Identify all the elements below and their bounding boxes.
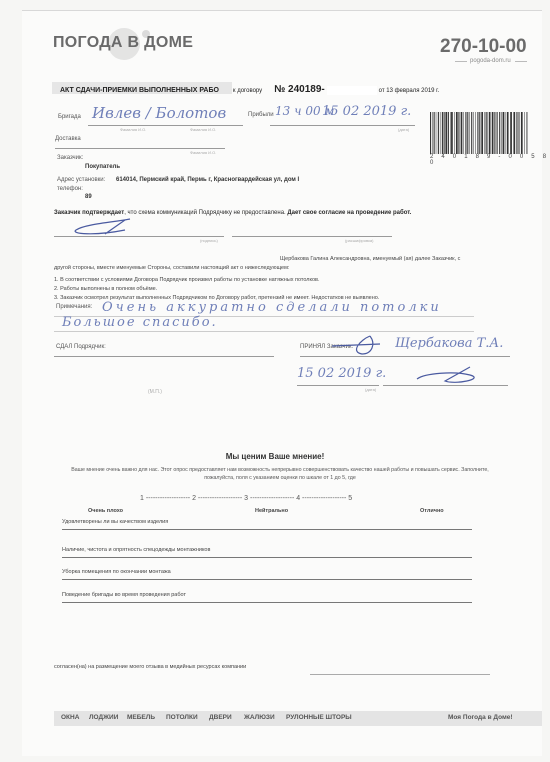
scale-label-neutral: Нейтрально <box>255 508 288 514</box>
sign-line <box>54 236 224 237</box>
notes-line-2-handwritten: Большое спасибо. <box>62 315 218 330</box>
divider <box>515 61 527 62</box>
phone-label: телефон: <box>57 186 77 193</box>
customer-name-handwritten: Щербакова Т.А. <box>395 336 503 351</box>
confirmation-bold-2: Дает свое согласие на проведение работ. <box>287 210 411 216</box>
notes-line-2 <box>54 331 474 332</box>
survey-text: Ваше мнение очень важно для нас. Этот оп… <box>70 466 490 482</box>
survey-question-3: Уборка помещения по окончании монтажа <box>62 569 171 575</box>
divider <box>455 61 467 62</box>
sub-decode: (расшифровка) <box>345 238 373 243</box>
crew-names-handwritten: Ивлев / Болотов <box>92 104 226 122</box>
scale-label-excellent: Отлично <box>420 508 444 514</box>
footer-nav-ceilings[interactable]: ПОТОЛКИ <box>166 714 198 721</box>
customer-value: Покупатель <box>85 164 120 170</box>
survey-question-2: Наличие, чистота и опрятность спецодежды… <box>62 547 210 553</box>
consent-sign-line[interactable] <box>310 674 490 675</box>
survey-question-1: Удовлетворены ли вы качеством изделия <box>62 519 168 525</box>
arrived-label: Прибыли <box>248 112 274 118</box>
customer-signature-icon <box>330 334 385 356</box>
rating-scale: 1 ------------------- 2 ----------------… <box>140 495 352 502</box>
confirmation-normal: , что схема коммуникаций Подрядчику не п… <box>124 210 287 216</box>
barcode-icon <box>430 112 528 154</box>
crew-label: Бригада <box>58 114 81 120</box>
delivery-sub-fio: Фамилия И.О. <box>190 150 216 155</box>
arrived-sub-date: (дата) <box>398 127 409 132</box>
consent-text: согласен(на) на размещение моего отзыва … <box>54 664 246 670</box>
notes-line-1-handwritten: Очень аккуратно сделали потолки <box>102 300 442 315</box>
footer-slogan: Моя Погода в Доме! <box>448 714 513 721</box>
crew-sub-fio-2: Фамилия И.О. <box>190 127 216 132</box>
address-value: 614014, Пермский край, Пермь г, Красногв… <box>116 177 299 183</box>
customer-sign-line-2 <box>383 385 508 386</box>
act-title: АКТ СДАЧИ-ПРИЕМКИ ВЫПОЛНЕННЫХ РАБО <box>60 87 219 94</box>
crew-sub-fio-1: Фамилия И.О. <box>120 127 146 132</box>
parties-line-2: другой стороны, вместе именуемые Стороны… <box>54 265 289 271</box>
redacted-box <box>327 86 377 95</box>
sign-sub-date: (дата) <box>365 387 376 392</box>
footer-nav-roller-blinds[interactable]: РУЛОННЫЕ ШТОРЫ <box>286 714 352 721</box>
company-phone: 270-10-00 <box>440 36 527 58</box>
delivery-label: Доставка <box>55 136 81 142</box>
contractor-label: СДАЛ Подрядчик: <box>56 344 106 350</box>
customer-signature-2-icon <box>415 365 490 387</box>
arrived-date-handwritten: 15 02 2019 г. <box>322 104 411 119</box>
footer-nav-windows[interactable]: ОКНА <box>61 714 79 721</box>
sub-sign: (подпись) <box>200 238 218 243</box>
delivery-line <box>55 148 225 149</box>
sign-date-line <box>297 385 379 386</box>
sign-date-handwritten: 15 02 2019 г. <box>297 366 386 381</box>
survey-question-4: Поведение бригады во время проведения ра… <box>62 592 186 598</box>
customer-label: Заказчик: <box>57 155 77 162</box>
survey-title: Мы ценим Ваше мнение! <box>0 452 550 461</box>
act-title-row: АКТ СДАЧИ-ПРИЕМКИ ВЫПОЛНЕННЫХ РАБО к дог… <box>50 84 439 95</box>
footer-nav-loggias[interactable]: ЛОДЖИИ <box>89 714 118 721</box>
contract-number: № 240189- <box>274 84 325 95</box>
survey-answer-line-3[interactable] <box>62 579 472 580</box>
parties-line-1: Щербакова Галина Александровна, именуемы… <box>280 256 460 262</box>
decode-line <box>232 236 392 237</box>
item-1: 1. В соответствии с условиями Договора П… <box>54 277 320 283</box>
survey-answer-line-1[interactable] <box>62 529 472 530</box>
footer-nav-doors[interactable]: ДВЕРИ <box>209 714 232 721</box>
phone-value: 89 <box>85 194 92 200</box>
contractor-line <box>54 356 274 357</box>
crew-line <box>88 125 243 126</box>
notes-label: Примечания: <box>56 304 92 310</box>
act-date: от 13 февраля 2019 г. <box>379 88 440 94</box>
sub-mp: (М.П.) <box>148 389 162 395</box>
survey-answer-line-4[interactable] <box>62 602 472 603</box>
scale-label-bad: Очень плохо <box>88 508 123 514</box>
company-logo: ПОГОДА В ДОМЕ <box>53 34 193 52</box>
address-label: Адрес установки: <box>57 177 105 183</box>
item-2: 2. Работы выполнены в полном объёме. <box>54 286 157 292</box>
customer-sign-line <box>300 356 510 357</box>
to-contract-label: к договору <box>233 88 262 94</box>
footer-nav-furniture[interactable]: МЕБЕЛЬ <box>127 714 155 721</box>
arrived-line <box>270 125 415 126</box>
survey-answer-line-2[interactable] <box>62 557 472 558</box>
footer-nav-blinds[interactable]: ЖАЛЮЗИ <box>244 714 275 721</box>
barcode-number: 2 4 0 1 8 9 - 0 0 5 8 0 <box>430 154 550 166</box>
company-site: pogoda-dom.ru <box>470 58 511 64</box>
signature-icon <box>70 216 140 238</box>
